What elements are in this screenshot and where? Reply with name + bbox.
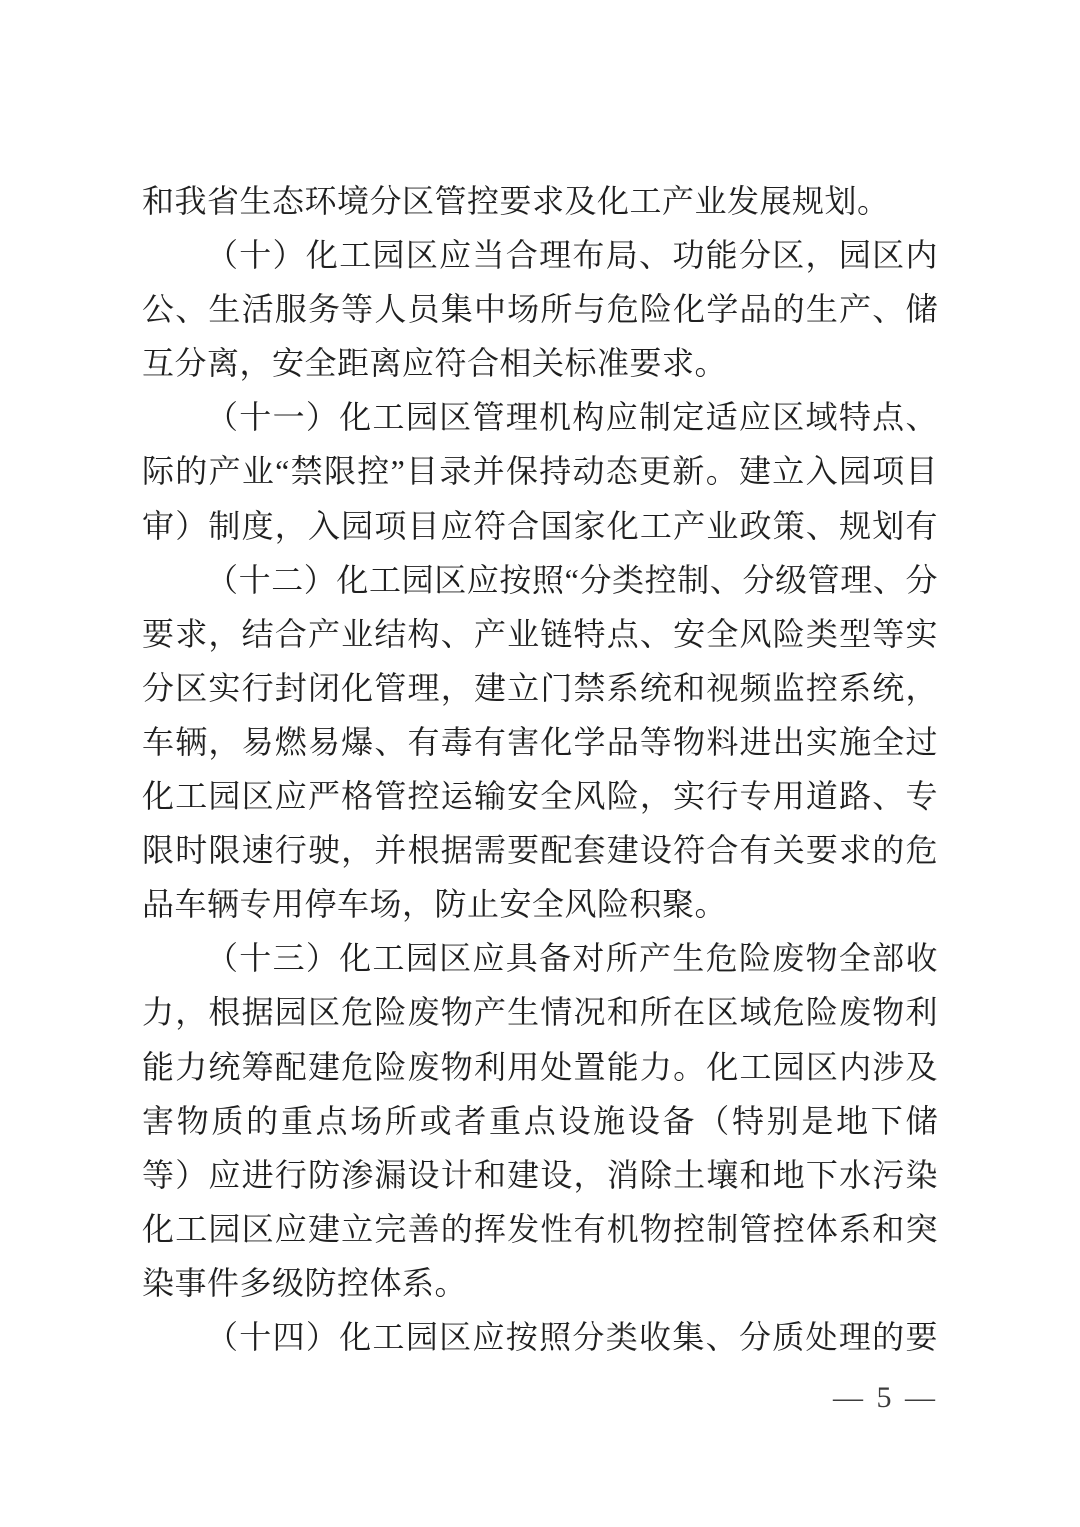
document-line: 害物质的重点场所或者重点设施设备（特别是地下储罐、管网 <box>142 1094 938 1148</box>
document-line: 力，根据园区危险废物产生情况和所在区域危险废物利用处置 <box>142 985 938 1039</box>
document-line: 化工园区应严格管控运输安全风险，实行专用道路、专用车道、 <box>142 769 938 823</box>
document-line: 和我省生态环境分区管控要求及化工产业发展规划。 <box>142 174 938 228</box>
document-line: 限时限速行驶，并根据需要配套建设符合有关要求的危险化学 <box>142 823 938 877</box>
document-line: 互分离，安全距离应符合相关标准要求。 <box>142 336 938 390</box>
document-line: 能力统筹配建危险废物利用处置能力。化工园区内涉及有毒有 <box>142 1040 938 1094</box>
document-line: 要求，结合产业结构、产业链特点、安全风险类型等实际情况， <box>142 607 938 661</box>
document-line: 际的产业“禁限控”目录并保持动态更新。建立入园项目评估（评 <box>142 444 938 498</box>
document-line: 公、生活服务等人员集中场所与危险化学品的生产、储存区相 <box>142 282 938 336</box>
document-line: （十四）化工园区应按照分类收集、分质处理的要求，配 <box>142 1310 938 1364</box>
document-line: （十一）化工园区管理机构应制定适应区域特点、地方实 <box>142 390 938 444</box>
document-line: 化工园区应建立完善的挥发性有机物控制管控体系和突发水污 <box>142 1202 938 1256</box>
document-line: （十二）化工园区应按照“分类控制、分级管理、分步实施” <box>142 553 938 607</box>
document-line: 等）应进行防渗漏设计和建设，消除土壤和地下水污染隐患。 <box>142 1148 938 1202</box>
document-line: （十）化工园区应当合理布局、功能分区，园区内行政办 <box>142 228 938 282</box>
document-line: 车辆，易燃易爆、有毒有害化学品等物料进出实施全过程监管。 <box>142 715 938 769</box>
document-text-block: 和我省生态环境分区管控要求及化工产业发展规划。 （十）化工园区应当合理布局、功能… <box>142 174 938 1364</box>
document-line: 品车辆专用停车场，防止安全风险积聚。 <box>142 877 938 931</box>
document-line: 审）制度，入园项目应符合国家化工产业政策、规划有关要求。 <box>142 499 938 553</box>
page-number: — 5 — <box>833 1378 938 1418</box>
document-line: 染事件多级防控体系。 <box>142 1256 938 1310</box>
document-page: 和我省生态环境分区管控要求及化工产业发展规划。 （十）化工园区应当合理布局、功能… <box>0 0 1080 1527</box>
document-line: 分区实行封闭化管理，建立门禁系统和视频监控系统，对人员、 <box>142 661 938 715</box>
document-line: （十三）化工园区应具备对所产生危险废物全部收集的能 <box>142 931 938 985</box>
